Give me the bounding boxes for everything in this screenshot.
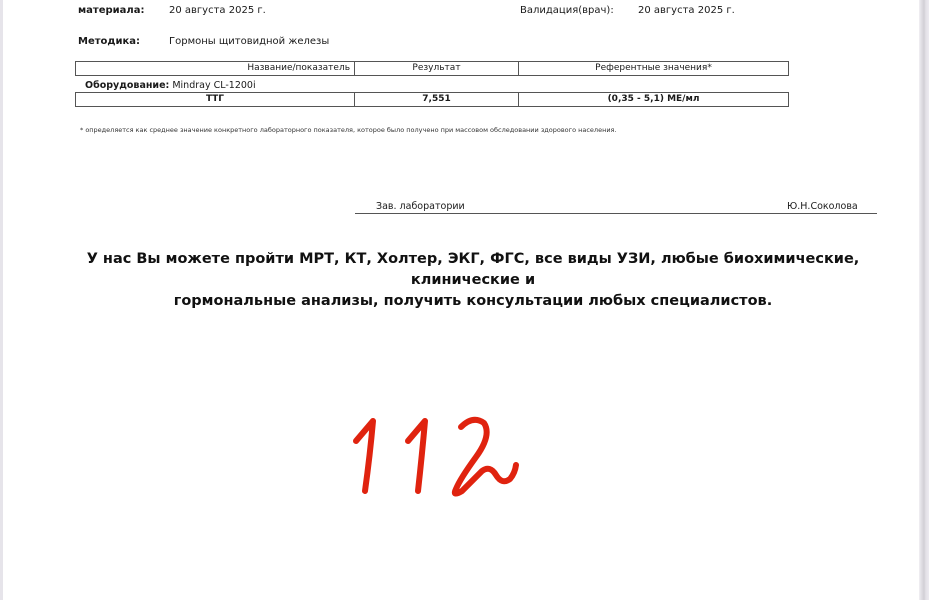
method-value: Гормоны щитовидной железы (169, 36, 329, 47)
material-date: 20 августа 2025 г. (169, 5, 266, 16)
column-header-name: Название/показатель (76, 62, 355, 76)
footnote: * определяется как среднее значение конк… (80, 126, 617, 134)
analyte-result: 7,551 (355, 93, 519, 107)
material-label: материала: (78, 5, 144, 16)
method-label: Методика: (78, 36, 140, 47)
viewer-right-edge (919, 0, 929, 600)
column-header-reference: Референтные значения* (519, 62, 789, 76)
equipment-value: Mindray CL-1200i (172, 80, 255, 91)
analyte-name: ТТГ (76, 93, 355, 107)
promo-line-2: гормональные анализы, получить консульта… (63, 291, 883, 312)
promo-line-1: У нас Вы можете пройти МРТ, КТ, Холтер, … (63, 249, 883, 291)
signature-line (355, 213, 877, 214)
analyte-reference: (0,35 - 5,1) МЕ/мл (519, 93, 789, 107)
validation-date: 20 августа 2025 г. (638, 5, 735, 16)
equipment-label: Оборудование: (85, 80, 169, 91)
signature-position: Зав. лаборатории (376, 201, 465, 212)
results-table-header: Название/показатель Результат Референтны… (75, 61, 789, 76)
promo-text: У нас Вы можете пройти МРТ, КТ, Холтер, … (63, 249, 883, 312)
results-table-body: ТТГ 7,551 (0,35 - 5,1) МЕ/мл (75, 92, 789, 107)
handwritten-number-annotation: 112 (348, 405, 523, 500)
column-header-result: Результат (355, 62, 519, 76)
table-row: ТТГ 7,551 (0,35 - 5,1) МЕ/мл (76, 93, 789, 107)
validation-label: Валидация(врач): (520, 5, 614, 16)
document-page: материала: 20 августа 2025 г. Валидация(… (3, 0, 919, 600)
signature-name: Ю.Н.Соколова (787, 201, 858, 212)
equipment-row: Оборудование: Mindray CL-1200i (85, 80, 256, 91)
